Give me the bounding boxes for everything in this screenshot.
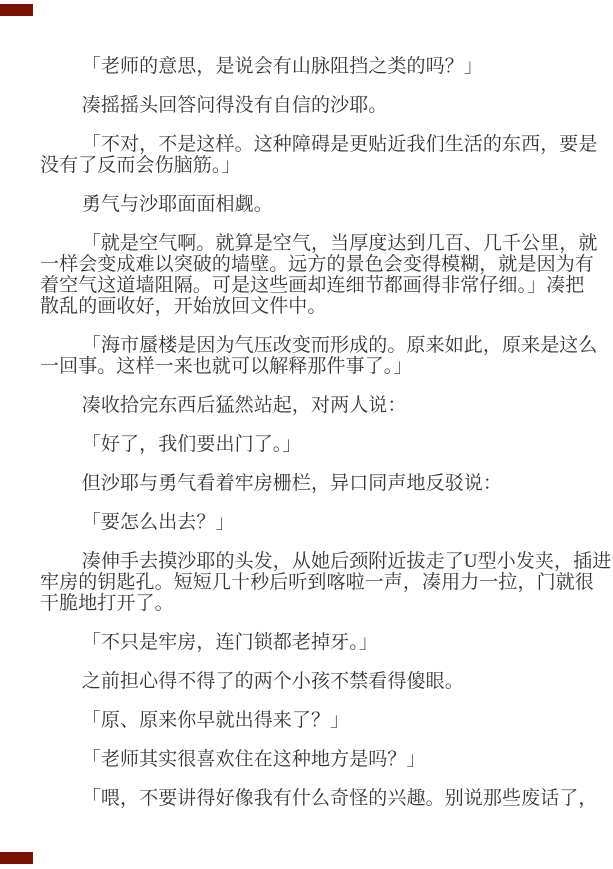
paragraph: 「原、原来你早就出得来了？」 xyxy=(40,710,580,731)
text-line: 「好了，我们要出门了。」 xyxy=(40,434,580,455)
paragraph: 但沙耶与勇气看着牢房栅栏，异口同声地反驳说： xyxy=(40,473,580,494)
text-line: 着空气这道墙阻隔。可是这些画却连细节都画得非常仔细。」凑把 xyxy=(40,275,580,296)
text-line: 一样会变成难以突破的墙壁。远方的景色会变得模糊，就是因为有 xyxy=(40,254,580,275)
bookmark-marker-bottom xyxy=(0,852,33,864)
bookmark-marker-top xyxy=(0,4,33,16)
text-line: 「不对，不是这样。这种障碍是更贴近我们生活的东西，要是 xyxy=(40,134,580,155)
text-line: 「老师的意思，是说会有山脉阻挡之类的吗？」 xyxy=(40,56,580,77)
text-line: 「不只是牢房，连门锁都老掉牙。」 xyxy=(40,632,580,653)
text-line: 「老师其实很喜欢住在这种地方是吗？」 xyxy=(40,749,580,770)
text-line: 之前担心得不得了的两个小孩不禁看得傻眼。 xyxy=(40,671,580,692)
paragraph: 「老师其实很喜欢住在这种地方是吗？」 xyxy=(40,749,580,770)
text-line: 但沙耶与勇气看着牢房栅栏，异口同声地反驳说： xyxy=(40,473,580,494)
paragraph: 「海市蜃楼是因为气压改变而形成的。原来如此，原来是这么 一回事。这样一来也就可以… xyxy=(40,335,580,377)
text-line: 「海市蜃楼是因为气压改变而形成的。原来如此，原来是这么 xyxy=(40,335,580,356)
text-line: 凑伸手去摸沙耶的头发，从她后颈附近拔走了U型小发夹，插进 xyxy=(40,551,580,572)
text-line: 没有了反而会伤脑筋。」 xyxy=(40,155,580,176)
paragraph: 「就是空气啊。就算是空气，当厚度达到几百、几千公里，就 一样会变成难以突破的墙壁… xyxy=(40,233,580,317)
paragraph: 「好了，我们要出门了。」 xyxy=(40,434,580,455)
paragraph: 之前担心得不得了的两个小孩不禁看得傻眼。 xyxy=(40,671,580,692)
page: 「老师的意思，是说会有山脉阻挡之类的吗？」 凑摇摇头回答问得没有自信的沙耶。 「… xyxy=(0,0,613,869)
paragraph: 「老师的意思，是说会有山脉阻挡之类的吗？」 xyxy=(40,56,580,77)
paragraph: 勇气与沙耶面面相觑。 xyxy=(40,194,580,215)
text-line: 一回事。这样一来也就可以解释那件事了。」 xyxy=(40,356,580,377)
paragraph: 「不对，不是这样。这种障碍是更贴近我们生活的东西，要是 没有了反而会伤脑筋。」 xyxy=(40,134,580,176)
paragraph: 「喂，不要讲得好像我有什么奇怪的兴趣。别说那些废话了， xyxy=(40,788,580,809)
text-line: 「要怎么出去？」 xyxy=(40,512,580,533)
text-content: 「老师的意思，是说会有山脉阻挡之类的吗？」 凑摇摇头回答问得没有自信的沙耶。 「… xyxy=(40,56,580,827)
paragraph: 「要怎么出去？」 xyxy=(40,512,580,533)
text-line: 凑收拾完东西后猛然站起，对两人说： xyxy=(40,395,580,416)
paragraph: 凑伸手去摸沙耶的头发，从她后颈附近拔走了U型小发夹，插进 牢房的钥匙孔。短短几十… xyxy=(40,551,580,614)
text-line: 散乱的画收好，开始放回文件中。 xyxy=(40,296,580,317)
text-line: 「原、原来你早就出得来了？」 xyxy=(40,710,580,731)
text-line: 「就是空气啊。就算是空气，当厚度达到几百、几千公里，就 xyxy=(40,233,580,254)
text-line: 凑摇摇头回答问得没有自信的沙耶。 xyxy=(40,95,580,116)
text-line: 牢房的钥匙孔。短短几十秒后听到喀啦一声，凑用力一拉，门就很 xyxy=(40,572,580,593)
paragraph: 凑收拾完东西后猛然站起，对两人说： xyxy=(40,395,580,416)
text-line: 「喂，不要讲得好像我有什么奇怪的兴趣。别说那些废话了， xyxy=(40,788,580,809)
paragraph: 凑摇摇头回答问得没有自信的沙耶。 xyxy=(40,95,580,116)
text-line: 干脆地打开了。 xyxy=(40,593,580,614)
paragraph: 「不只是牢房，连门锁都老掉牙。」 xyxy=(40,632,580,653)
text-line: 勇气与沙耶面面相觑。 xyxy=(40,194,580,215)
